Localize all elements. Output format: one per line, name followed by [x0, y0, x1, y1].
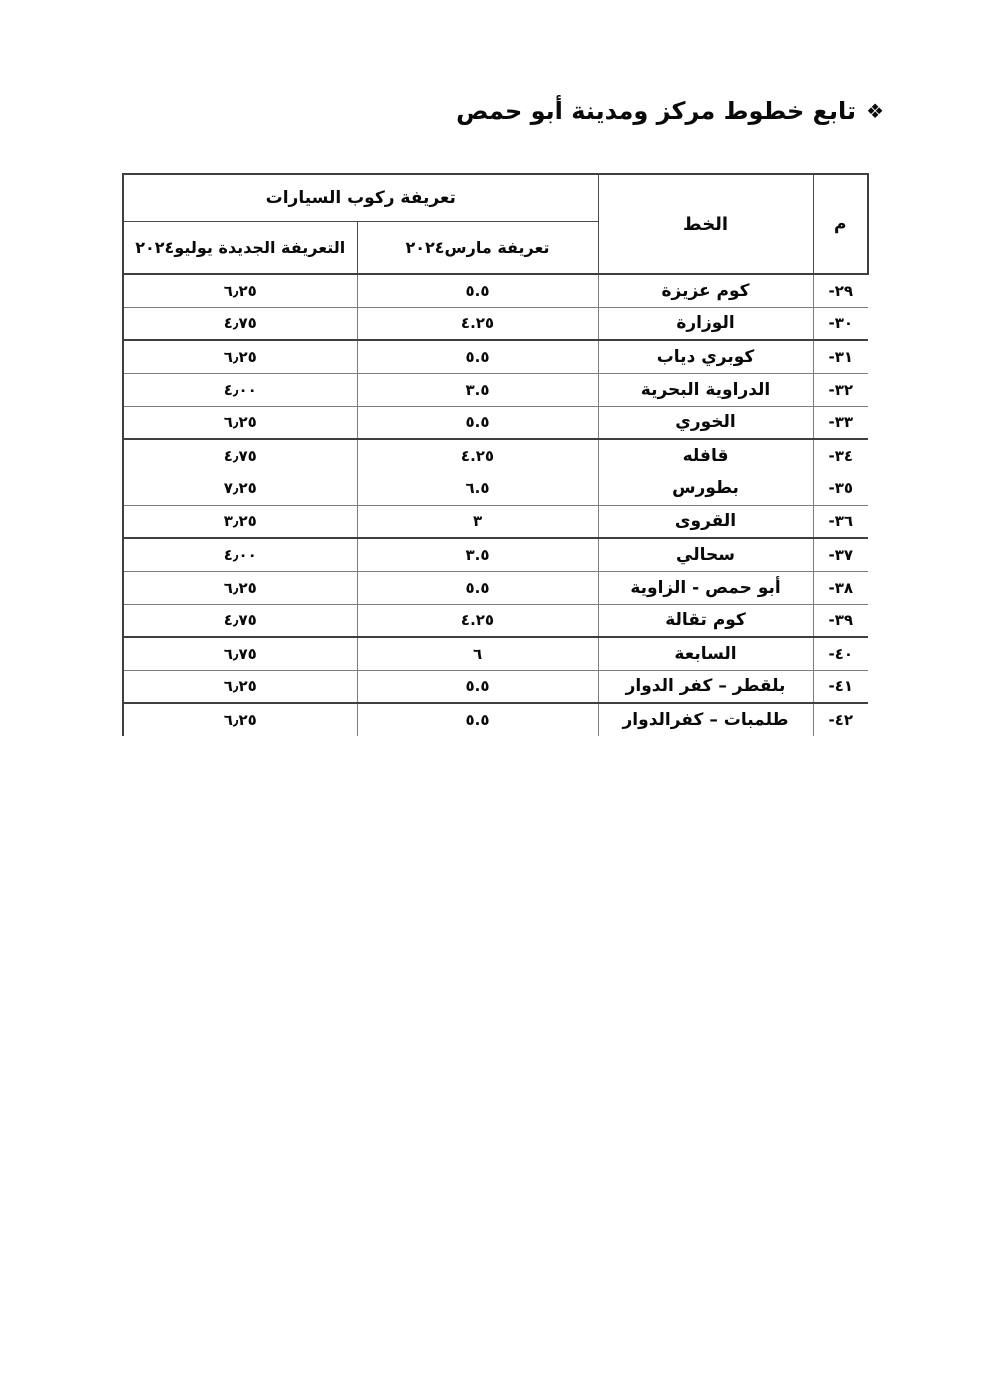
table-row: ٣٢- الدراوية البحرية ٣.٥ ٤٫٠٠: [123, 373, 868, 406]
row-number-cell: ٤٠-: [813, 637, 868, 670]
table-row: ٣٠- الوزارة ٤.٢٥ ٤٫٧٥: [123, 307, 868, 340]
july-tariff-cell: ٦٫٢٥: [123, 670, 357, 703]
row-number-cell: ٣٠-: [813, 307, 868, 340]
march-tariff-cell: ٣.٥: [357, 538, 598, 571]
table-row: ٣٤- قافله ٤.٢٥ ٤٫٧٥: [123, 439, 868, 472]
march-tariff-cell: ٥.٥: [357, 670, 598, 703]
header-tariff-group: تعريفة ركوب السيارات: [123, 174, 598, 221]
row-number-cell: ٢٩-: [813, 274, 868, 307]
header-row-top: م الخط تعريفة ركوب السيارات: [123, 174, 868, 221]
diamond-bullet-icon: ❖: [866, 101, 884, 121]
july-tariff-cell: ٣٫٢٥: [123, 505, 357, 538]
table-row: ٣٧- سحالي ٣.٥ ٤٫٠٠: [123, 538, 868, 571]
row-number-cell: ٣٢-: [813, 373, 868, 406]
table-header: م الخط تعريفة ركوب السيارات تعريفة مارس٢…: [123, 174, 868, 274]
page-title: ❖ تابع خطوط مركز ومدينة أبو حمص: [456, 97, 884, 125]
table-row: ٣٦- القروى ٣ ٣٫٢٥: [123, 505, 868, 538]
march-tariff-cell: ٥.٥: [357, 406, 598, 439]
header-line: الخط: [598, 174, 813, 274]
line-name-cell: أبو حمص - الزاوية: [598, 571, 813, 604]
march-tariff-cell: ٤.٢٥: [357, 307, 598, 340]
line-name-cell: القروى: [598, 505, 813, 538]
july-tariff-cell: ٤٫٠٠: [123, 538, 357, 571]
line-name-cell: الدراوية البحرية: [598, 373, 813, 406]
row-number-cell: ٣٦-: [813, 505, 868, 538]
row-number-cell: ٣٧-: [813, 538, 868, 571]
line-name-cell: بلقطر – كفر الدوار: [598, 670, 813, 703]
line-name-cell: قافله: [598, 439, 813, 472]
table-row: ٤٠- السابعة ٦ ٦٫٧٥: [123, 637, 868, 670]
line-name-cell: كوم عزيزة: [598, 274, 813, 307]
july-tariff-cell: ٦٫٢٥: [123, 406, 357, 439]
row-number-cell: ٣٣-: [813, 406, 868, 439]
line-name-cell: كوم تقالة: [598, 604, 813, 637]
row-number-cell: ٤١-: [813, 670, 868, 703]
july-tariff-cell: ٦٫٢٥: [123, 571, 357, 604]
header-march-tariff: تعريفة مارس٢٠٢٤: [357, 221, 598, 274]
march-tariff-cell: ٣.٥: [357, 373, 598, 406]
march-tariff-cell: ٦: [357, 637, 598, 670]
line-name-cell: بطورس: [598, 472, 813, 505]
july-tariff-cell: ٤٫٠٠: [123, 373, 357, 406]
line-name-cell: السابعة: [598, 637, 813, 670]
tariff-table: م الخط تعريفة ركوب السيارات تعريفة مارس٢…: [122, 173, 869, 736]
page-title-text: تابع خطوط مركز ومدينة أبو حمص: [456, 97, 856, 125]
line-name-cell: الخوري: [598, 406, 813, 439]
march-tariff-cell: ٥.٥: [357, 703, 598, 736]
document-page: ❖ تابع خطوط مركز ومدينة أبو حمص م الخط ت…: [0, 0, 990, 1400]
row-number-cell: ٣٩-: [813, 604, 868, 637]
july-tariff-cell: ٦٫٢٥: [123, 340, 357, 373]
table-row: ٣٩- كوم تقالة ٤.٢٥ ٤٫٧٥: [123, 604, 868, 637]
july-tariff-cell: ٦٫٢٥: [123, 274, 357, 307]
line-name-cell: الوزارة: [598, 307, 813, 340]
july-tariff-cell: ٧٫٢٥: [123, 472, 357, 505]
table-row: ٤٢- طلمبات – كفرالدوار ٥.٥ ٦٫٢٥: [123, 703, 868, 736]
table-body: ٢٩- كوم عزيزة ٥.٥ ٦٫٢٥ ٣٠- الوزارة ٤.٢٥ …: [123, 274, 868, 736]
march-tariff-cell: ٣: [357, 505, 598, 538]
table-row: ٢٩- كوم عزيزة ٥.٥ ٦٫٢٥: [123, 274, 868, 307]
table-row: ٤١- بلقطر – كفر الدوار ٥.٥ ٦٫٢٥: [123, 670, 868, 703]
table-row: ٣١- كوبري دياب ٥.٥ ٦٫٢٥: [123, 340, 868, 373]
march-tariff-cell: ٤.٢٥: [357, 439, 598, 472]
july-tariff-cell: ٦٫٧٥: [123, 637, 357, 670]
line-name-cell: سحالي: [598, 538, 813, 571]
header-july-tariff: التعريفة الجديدة يوليو٢٠٢٤: [123, 221, 357, 274]
table-row: ٣٨- أبو حمص - الزاوية ٥.٥ ٦٫٢٥: [123, 571, 868, 604]
line-name-cell: طلمبات – كفرالدوار: [598, 703, 813, 736]
july-tariff-cell: ٦٫٢٥: [123, 703, 357, 736]
march-tariff-cell: ٥.٥: [357, 571, 598, 604]
table-row: ٣٥- بطورس ٦.٥ ٧٫٢٥: [123, 472, 868, 505]
march-tariff-cell: ٥.٥: [357, 340, 598, 373]
row-number-cell: ٣٨-: [813, 571, 868, 604]
july-tariff-cell: ٤٫٧٥: [123, 439, 357, 472]
header-no: م: [813, 174, 868, 274]
march-tariff-cell: ٦.٥: [357, 472, 598, 505]
row-number-cell: ٣١-: [813, 340, 868, 373]
table-row: ٣٣- الخوري ٥.٥ ٦٫٢٥: [123, 406, 868, 439]
july-tariff-cell: ٤٫٧٥: [123, 604, 357, 637]
row-number-cell: ٣٤-: [813, 439, 868, 472]
line-name-cell: كوبري دياب: [598, 340, 813, 373]
march-tariff-cell: ٥.٥: [357, 274, 598, 307]
row-number-cell: ٤٢-: [813, 703, 868, 736]
row-number-cell: ٣٥-: [813, 472, 868, 505]
july-tariff-cell: ٤٫٧٥: [123, 307, 357, 340]
march-tariff-cell: ٤.٢٥: [357, 604, 598, 637]
